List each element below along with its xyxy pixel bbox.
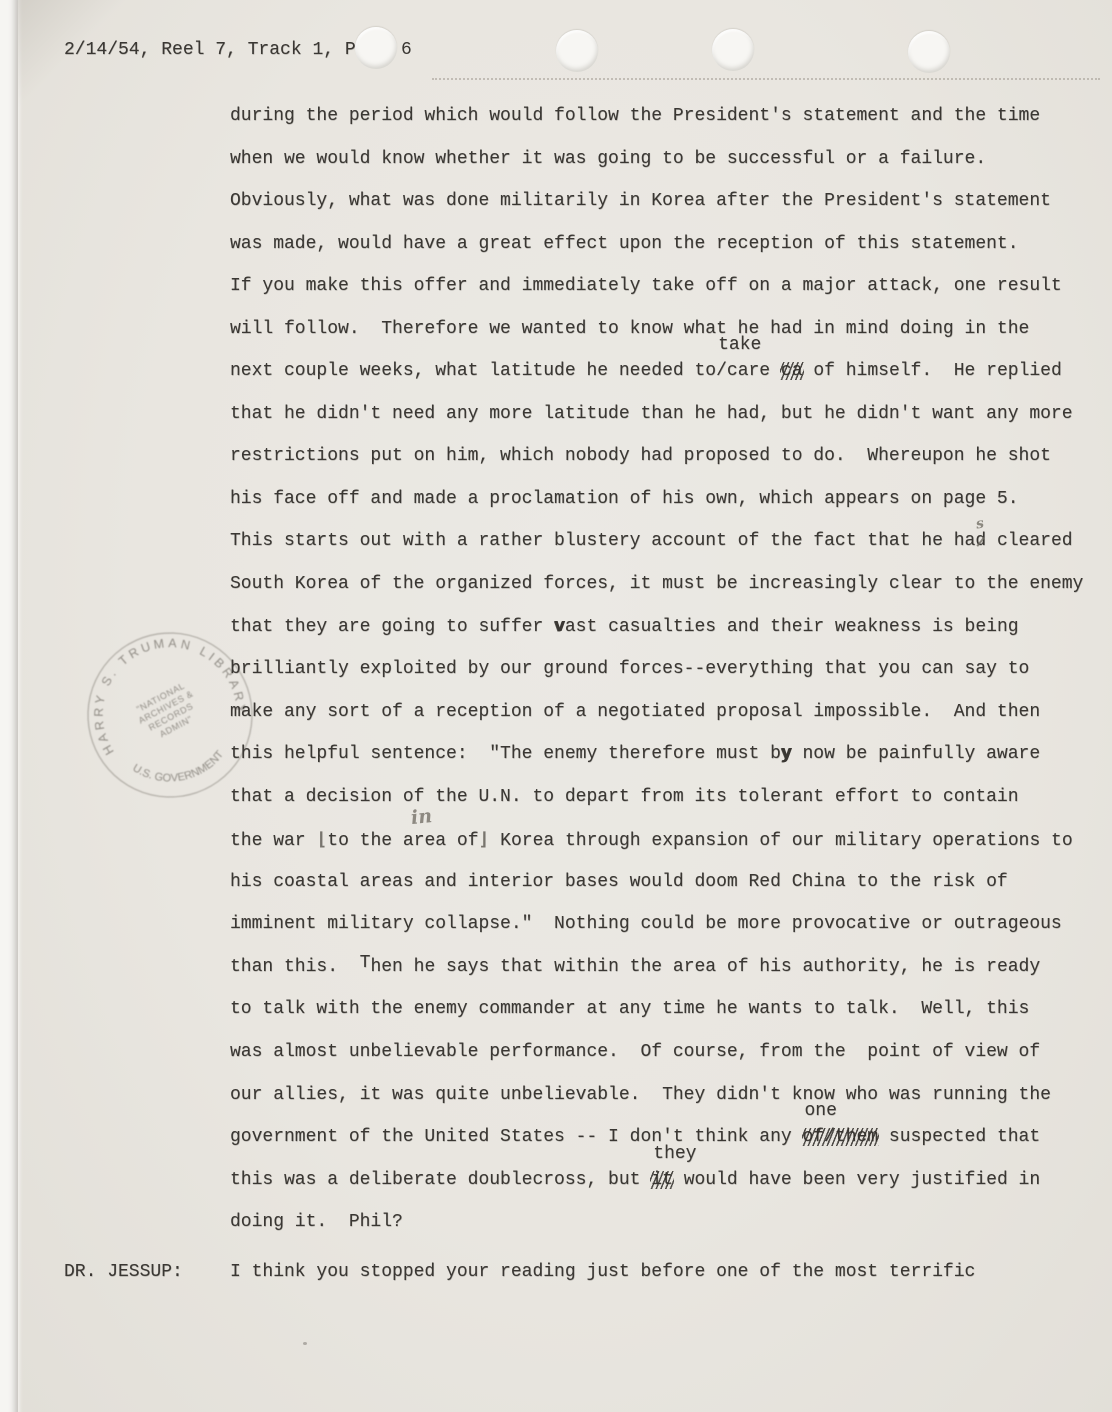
- typed-line: brilliantly exploited by our ground forc…: [230, 659, 1100, 702]
- typed-text: I think you stopped your reading just be…: [230, 1262, 975, 1282]
- typed-line: doing it. Phil?: [230, 1212, 1100, 1255]
- interlinear-insert: in: [410, 805, 433, 829]
- typed-text: this was a deliberate doublecross, but: [230, 1170, 651, 1190]
- typed-text: was made, would have a great effect upon…: [230, 234, 1019, 254]
- typed-line: restrictions put on him, which nobody ha…: [230, 446, 1100, 489]
- interlinear-insert: take: [718, 335, 761, 355]
- typed-text: of: [446, 831, 478, 851]
- punch-hole: [908, 31, 950, 73]
- typed-text: doing it. Phil?: [230, 1212, 403, 1232]
- typed-text: hen he says that within the area of his …: [370, 957, 1040, 977]
- typed-line: South Korea of the organized forces, it …: [230, 574, 1100, 617]
- typed-text: Korea through expansion of our military …: [489, 831, 1072, 851]
- typed-line: than this. Then he says that within the …: [230, 957, 1100, 1000]
- typed-text: /caretake: [716, 361, 770, 381]
- typed-text: would have been very justified in: [673, 1170, 1040, 1190]
- typed-text: was almost unbelievable performance. Of …: [230, 1042, 1040, 1062]
- typed-text: when we would know whether it was going …: [230, 149, 986, 169]
- struck-text: ca: [781, 361, 803, 381]
- typed-text: y: [781, 744, 792, 764]
- typed-line: will follow. Therefore we wanted to know…: [230, 319, 1100, 362]
- punch-hole: [712, 29, 754, 71]
- typed-text: to the: [327, 831, 403, 851]
- typed-text: to talk with the enemy commander at any …: [230, 999, 1029, 1019]
- interlinear-insert: one: [805, 1101, 837, 1121]
- typed-text: that they are going to suffer: [230, 617, 554, 637]
- typed-line: make any sort of a reception of a negoti…: [230, 702, 1100, 745]
- typed-text: v: [554, 617, 565, 637]
- typed-text: his face off and made a proclamation of …: [230, 489, 1019, 509]
- typed-text: brilliantly exploited by our ground forc…: [230, 659, 1029, 679]
- typed-text: the war: [230, 831, 316, 851]
- typed-line: next couple weeks, what latitude he need…: [230, 361, 1100, 404]
- typed-line: when we would know whether it was going …: [230, 149, 1100, 192]
- typed-line: to talk with the enemy commander at any …: [230, 999, 1100, 1042]
- typed-text: of himself. He replied: [803, 361, 1062, 381]
- typed-text: ast casualties and their weakness is bei…: [565, 617, 1019, 637]
- typed-text: will follow. Therefore we wanted to know…: [230, 319, 1029, 339]
- stamp-arc-bottom-text: U.S. GOVERNMENT: [128, 741, 230, 795]
- typed-text: our allies, it was quite unbelievable. T…: [230, 1085, 1051, 1105]
- page-header: 2/14/54, Reel 7, Track 1, Pa: [64, 40, 366, 60]
- page-number: 6: [401, 40, 412, 60]
- typed-line: If you make this offer and immediately t…: [230, 276, 1100, 319]
- typed-text: his coastal areas and interior bases wou…: [230, 872, 1008, 892]
- body-lines: during the period which would follow the…: [230, 106, 1100, 1304]
- typed-text: that a decision of the U.N. to depart fr…: [230, 787, 1019, 807]
- typed-line: during the period which would follow the…: [230, 106, 1100, 149]
- typed-line: imminent military collapse." Nothing cou…: [230, 914, 1100, 957]
- typed-text: that he didn't need any more latitude th…: [230, 404, 1073, 424]
- typed-text: suspected that: [878, 1127, 1040, 1147]
- typed-text: imminent military collapse." Nothing cou…: [230, 914, 1062, 934]
- typed-line: our allies, it was quite unbelievable. T…: [230, 1085, 1100, 1128]
- typed-text: government of the United States -- I don…: [230, 1127, 803, 1147]
- typed-text: during the period which would follow the…: [230, 106, 1040, 126]
- typed-line: this was a deliberate doublecross, but i…: [230, 1170, 1100, 1213]
- typed-line: DR. JESSUP:I think you stopped your read…: [230, 1262, 1100, 1305]
- typed-line: was almost unbelievable performance. Of …: [230, 1042, 1100, 1085]
- typed-line: that they are going to suffer vast casua…: [230, 617, 1100, 660]
- typed-line: Obviously, what was done militarily in K…: [230, 191, 1100, 234]
- interlinear-insert: they: [653, 1144, 696, 1164]
- typed-text: than this.: [230, 957, 360, 977]
- typed-line: This starts out with a rather blustery a…: [230, 531, 1100, 574]
- typed-line: this helpful sentence: "The enemy theref…: [230, 744, 1100, 787]
- typed-text: This starts out with a rather blustery a…: [230, 531, 975, 551]
- speaker-label: DR. JESSUP:: [64, 1262, 183, 1282]
- typed-text: areain: [403, 831, 446, 851]
- fold-dotted-line: [432, 78, 1100, 80]
- typed-text: now be painfully aware: [792, 744, 1040, 764]
- typed-text: If you make this offer and immediately t…: [230, 276, 1062, 296]
- punch-hole: [556, 30, 598, 72]
- punch-hole: [355, 27, 397, 69]
- pencil-bracket-mark: ⌊: [316, 829, 327, 850]
- svg-text:U.S. GOVERNMENT: U.S. GOVERNMENT: [128, 741, 230, 795]
- typed-text: restrictions put on him, which nobody ha…: [230, 446, 1051, 466]
- typed-text: make any sort of a reception of a negoti…: [230, 702, 1040, 722]
- typed-text: next couple weeks, what latitude he need…: [230, 361, 716, 381]
- typed-text: ds: [975, 531, 986, 551]
- struck-text: itthey: [651, 1170, 673, 1190]
- typed-line: the war ⌊to the areain of⌋ Korea through…: [230, 829, 1100, 872]
- typed-text: Obviously, what was done militarily in K…: [230, 191, 1051, 211]
- paper-speck: [303, 1342, 307, 1345]
- typed-line: his coastal areas and interior bases wou…: [230, 872, 1100, 915]
- typed-text: cleared: [986, 531, 1072, 551]
- pencil-bracket-mark: ⌋: [479, 829, 490, 850]
- struck-text: of/themone: [803, 1127, 879, 1147]
- typed-line: his face off and made a proclamation of …: [230, 489, 1100, 532]
- typed-text: South Korea of the organized forces, it …: [230, 574, 1083, 594]
- typed-text: T: [360, 953, 371, 973]
- typed-text: this helpful sentence: "The enemy theref…: [230, 744, 781, 764]
- typed-line: that a decision of the U.N. to depart fr…: [230, 787, 1100, 830]
- typed-line: that he didn't need any more latitude th…: [230, 404, 1100, 447]
- typed-line: was made, would have a great effect upon…: [230, 234, 1100, 277]
